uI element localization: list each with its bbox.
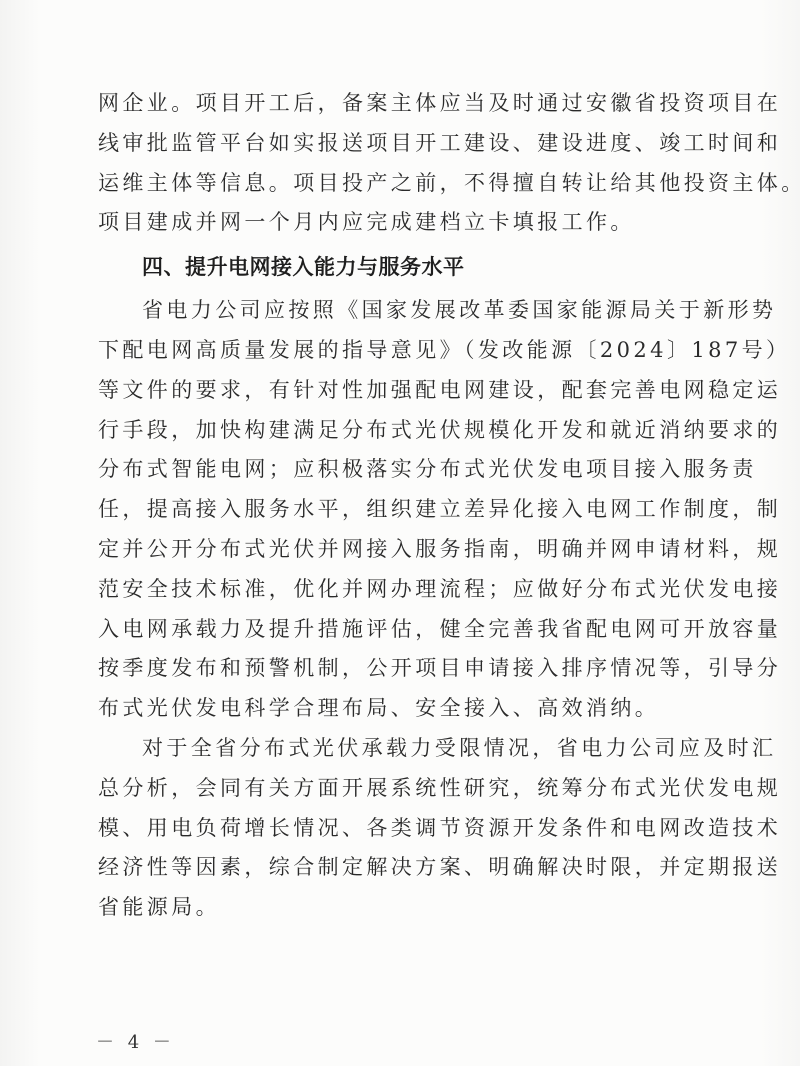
text-line: 按季度发布和预警机制，公开项目申请接入排序情况等，引导分 — [98, 649, 714, 689]
paragraph-capacity-limits: 对于全省分布式光伏承载力受限情况，省电力公司应及时汇 总分析，会同有关方面开展系… — [98, 729, 714, 928]
text-line: 范安全技术标准，优化并网办理流程；应做好分布式光伏发电接 — [98, 570, 714, 610]
document-body: 网企业。项目开工后，备案主体应当及时通过安徽省投资项目在 线审批监管平台如实报送… — [98, 84, 714, 928]
text-line: 省电力公司应按照《国家发展改革委国家能源局关于新形势 — [98, 291, 714, 331]
text-line: 入电网承载力及提升措施评估，健全完善我省配电网可开放容量 — [98, 610, 714, 650]
text-line: 行手段，加快构建满足分布式光伏规模化开发和就近消纳要求的 — [98, 411, 714, 451]
text-line: 模、用电负荷增长情况、各类调节资源开发条件和电网改造技术 — [98, 809, 714, 849]
text-line: 运维主体等信息。项目投产之前，不得擅自转让给其他投资主体。 — [98, 164, 714, 204]
paragraph-grid-access: 省电力公司应按照《国家发展改革委国家能源局关于新形势 下配电网高质量发展的指导意… — [98, 291, 714, 729]
text-line: 省能源局。 — [98, 888, 714, 928]
text-line: 任，提高接入服务水平，组织建立差异化接入电网工作制度，制 — [98, 490, 714, 530]
page-number: － 4 － — [96, 1028, 175, 1054]
text-line: 定并公开分布式光伏并网接入服务指南，明确并网申请材料，规 — [98, 530, 714, 570]
text-line: 布式光伏发电科学合理布局、安全接入、高效消纳。 — [98, 689, 714, 729]
text-line: 项目建成并网一个月内应完成建档立卡填报工作。 — [98, 203, 714, 243]
text-line: 线审批监管平台如实报送项目开工建设、建设进度、竣工时间和 — [98, 124, 714, 164]
text-line: 等文件的要求，有针对性加强配电网建设，配套完善电网稳定运 — [98, 371, 714, 411]
text-line: 经济性等因素，综合制定解决方案、明确解决时限，并定期报送 — [98, 848, 714, 888]
text-line: 对于全省分布式光伏承载力受限情况，省电力公司应及时汇 — [98, 729, 714, 769]
text-line: 网企业。项目开工后，备案主体应当及时通过安徽省投资项目在 — [98, 84, 714, 124]
paragraph-continuation: 网企业。项目开工后，备案主体应当及时通过安徽省投资项目在 线审批监管平台如实报送… — [98, 84, 714, 243]
document-page: 网企业。项目开工后，备案主体应当及时通过安徽省投资项目在 线审批监管平台如实报送… — [0, 0, 800, 1066]
text-line: 总分析，会同有关方面开展系统性研究，统筹分布式光伏发电规 — [98, 769, 714, 809]
text-line: 下配电网高质量发展的指导意见》（发改能源〔2024〕187号） — [98, 331, 714, 371]
text-line: 分布式智能电网；应积极落实分布式光伏发电项目接入服务责 — [98, 450, 714, 490]
section-heading: 四、提升电网接入能力与服务水平 — [98, 243, 714, 291]
